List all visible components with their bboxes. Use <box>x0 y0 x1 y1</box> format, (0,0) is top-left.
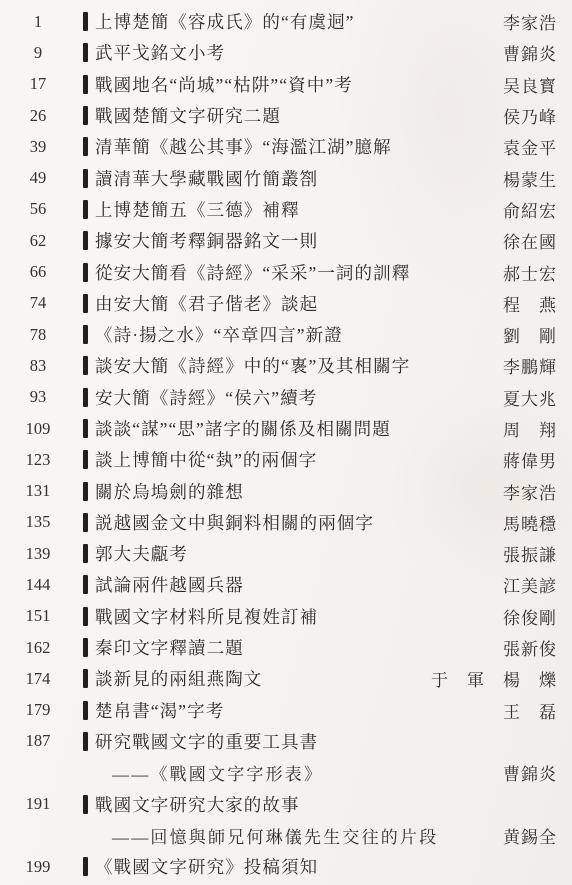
entry-title: 研究戰國文字的重要工具書 <box>95 729 318 754</box>
page-number: 139 <box>20 544 56 564</box>
toc-row: 17戰國地名“尚城”“枯阱”“資中”考吴良寳 <box>0 69 572 100</box>
entry-author: 劉 剛 <box>503 322 572 347</box>
toc-subtitle-row: ——回憶與師兄何琳儀先生交往的片段黄錫全 <box>0 820 572 851</box>
entry-author: 周 翔 <box>503 416 572 441</box>
entry-author: 江美諺 <box>503 572 572 597</box>
toc-row: 179楚帛書“渴”字考王 磊 <box>0 695 572 726</box>
page-number: 78 <box>20 325 56 345</box>
entry-title: 談新見的兩組燕陶文 <box>95 666 262 691</box>
entry-author: 吴良寳 <box>503 72 572 97</box>
page-number: 1 <box>20 12 56 32</box>
toc-row: 139郭大夫甗考張振謙 <box>0 538 572 569</box>
entry-title: 戰國文字研究大家的故事 <box>95 792 300 817</box>
entry-title: 戰國地名“尚城”“枯阱”“資中”考 <box>95 72 353 97</box>
page-number: 191 <box>20 794 56 814</box>
page-number: 179 <box>20 700 56 720</box>
entry-author: 于 軍 楊 爍 <box>431 666 572 691</box>
entry-marker <box>83 607 88 626</box>
entry-title: 讀清華大學藏戰國竹簡叢劄 <box>95 166 318 191</box>
page-number: 123 <box>20 450 56 470</box>
toc-row: 109談談“謀”“思”諸字的關係及相關問題周 翔 <box>0 413 572 444</box>
page-number: 56 <box>20 199 56 219</box>
entry-title: 秦印文字釋讀二題 <box>95 635 244 660</box>
entry-marker <box>83 732 88 751</box>
entry-author: 程 燕 <box>503 291 572 316</box>
toc-row: 135説越國金文中與銅料相關的兩個字馬曉穩 <box>0 507 572 538</box>
entry-title: 上博楚簡《容成氏》的“有虞迵” <box>95 9 355 34</box>
entry-title: 談談“謀”“思”諸字的關係及相關問題 <box>95 416 391 441</box>
entry-marker <box>83 75 88 94</box>
entry-marker <box>83 106 88 125</box>
entry-marker <box>83 575 88 594</box>
entry-title: 戰國文字材料所見複姓訂補 <box>95 604 318 629</box>
entry-title: 試論兩件越國兵器 <box>95 572 244 597</box>
entry-author: 李家浩 <box>503 9 572 34</box>
entry-title: 戰國楚簡文字研究二題 <box>95 103 281 128</box>
entry-title: 安大簡《詩經》“侯六”續考 <box>95 385 317 410</box>
toc-row: 1上博楚簡《容成氏》的“有虞迵”李家浩 <box>0 6 572 37</box>
page-number: 109 <box>20 419 56 439</box>
entry-marker <box>83 638 88 657</box>
entry-author: 俞紹宏 <box>503 197 572 222</box>
entry-marker <box>83 294 88 313</box>
toc-row: 144試論兩件越國兵器江美諺 <box>0 569 572 600</box>
toc-row: 9武平戈銘文小考曹錦炎 <box>0 37 572 68</box>
page-number: 62 <box>20 231 56 251</box>
entry-title: 楚帛書“渴”字考 <box>95 698 224 723</box>
entry-author: 袁金平 <box>503 134 572 159</box>
toc-row: 56上博楚簡五《三德》補釋俞紹宏 <box>0 194 572 225</box>
entry-author: 張振謙 <box>503 541 572 566</box>
toc-row: 174談新見的兩組燕陶文于 軍 楊 爍 <box>0 663 572 694</box>
entry-subtitle: ——回憶與師兄何琳儀先生交往的片段 <box>0 823 438 848</box>
toc-row: 123談上博簡中從“埶”的兩個字蔣偉男 <box>0 444 572 475</box>
entry-marker <box>83 482 88 501</box>
entry-marker <box>83 169 88 188</box>
toc-row: 26戰國楚簡文字研究二題侯乃峰 <box>0 100 572 131</box>
page-number: 199 <box>20 857 56 877</box>
entry-title: 説越國金文中與銅料相關的兩個字 <box>95 510 374 535</box>
entry-title: 《戰國文字研究》投稿須知 <box>95 854 318 879</box>
toc-row: 39清華簡《越公其事》“海濫江湖”臆解袁金平 <box>0 131 572 162</box>
toc-row: 187研究戰國文字的重要工具書 <box>0 726 572 757</box>
entry-marker <box>83 263 88 282</box>
entry-author: 李鵬輝 <box>503 353 572 378</box>
toc-row: 66從安大簡看《詩經》“采采”一詞的訓釋郝士宏 <box>0 256 572 287</box>
entry-marker <box>83 356 88 375</box>
page-number: 74 <box>20 293 56 313</box>
entry-author: 曹錦炎 <box>503 760 572 785</box>
toc-list: 1上博楚簡《容成氏》的“有虞迵”李家浩9武平戈銘文小考曹錦炎17戰國地名“尚城”… <box>0 6 572 882</box>
toc-row: 131關於烏塢劍的雜想李家浩 <box>0 475 572 506</box>
entry-author: 侯乃峰 <box>503 103 572 128</box>
entry-author: 黄錫全 <box>503 823 572 848</box>
page-number: 26 <box>20 106 56 126</box>
entry-title: 《詩·揚之水》“卒章四言”新證 <box>95 322 343 347</box>
entry-author: 楊蒙生 <box>503 166 572 191</box>
toc-row: 74由安大簡《君子偕老》談起程 燕 <box>0 288 572 319</box>
toc-row: 78《詩·揚之水》“卒章四言”新證劉 剛 <box>0 319 572 350</box>
entry-author: 徐在國 <box>503 228 572 253</box>
entry-marker <box>83 701 88 720</box>
page-number: 151 <box>20 606 56 626</box>
entry-author: 曹錦炎 <box>503 40 572 65</box>
toc-row: 62據安大簡考釋銅器銘文一則徐在國 <box>0 225 572 256</box>
entry-marker <box>83 669 88 688</box>
entry-marker <box>83 12 88 31</box>
entry-author: 張新俊 <box>503 635 572 660</box>
entry-author: 李家浩 <box>503 479 572 504</box>
entry-title: 據安大簡考釋銅器銘文一則 <box>95 228 318 253</box>
page-number: 9 <box>20 43 56 63</box>
page-number: 39 <box>20 137 56 157</box>
entry-author: 蔣偉男 <box>503 447 572 472</box>
entry-title: 清華簡《越公其事》“海濫江湖”臆解 <box>95 134 392 159</box>
toc-row: 49讀清華大學藏戰國竹簡叢劄楊蒙生 <box>0 162 572 193</box>
entry-marker <box>83 419 88 438</box>
entry-title: 關於烏塢劍的雜想 <box>95 479 244 504</box>
page-number: 187 <box>20 731 56 751</box>
entry-marker <box>83 513 88 532</box>
entry-author: 徐俊剛 <box>503 604 572 629</box>
entry-title: 談安大簡《詩經》中的“褢”及其相關字 <box>95 353 410 378</box>
entry-author: 馬曉穩 <box>503 510 572 535</box>
entry-marker <box>83 795 88 814</box>
entry-author: 王 磊 <box>503 698 572 723</box>
page-number: 93 <box>20 387 56 407</box>
entry-marker <box>83 43 88 62</box>
entry-marker <box>83 388 88 407</box>
entry-author: 郝士宏 <box>503 260 572 285</box>
entry-marker <box>83 857 88 876</box>
entry-title: 談上博簡中從“埶”的兩個字 <box>95 447 317 472</box>
entry-title: 郭大夫甗考 <box>95 541 188 566</box>
toc-row: 93安大簡《詩經》“侯六”續考夏大兆 <box>0 382 572 413</box>
entry-marker <box>83 200 88 219</box>
toc-row: 199《戰國文字研究》投稿須知 <box>0 851 572 882</box>
entry-title: 武平戈銘文小考 <box>95 40 225 65</box>
page-number: 135 <box>20 512 56 532</box>
page-number: 66 <box>20 262 56 282</box>
entry-title: 從安大簡看《詩經》“采采”一詞的訓釋 <box>95 260 410 285</box>
entry-marker <box>83 544 88 563</box>
toc-row: 191戰國文字研究大家的故事 <box>0 788 572 819</box>
toc-page: 1上博楚簡《容成氏》的“有虞迵”李家浩9武平戈銘文小考曹錦炎17戰國地名“尚城”… <box>0 0 572 885</box>
page-number: 17 <box>20 74 56 94</box>
entry-subtitle: ——《戰國文字字形表》 <box>0 760 323 785</box>
toc-row: 162秦印文字釋讀二題張新俊 <box>0 632 572 663</box>
entry-marker <box>83 231 88 250</box>
entry-marker <box>83 325 88 344</box>
page-number: 83 <box>20 356 56 376</box>
entry-author: 夏大兆 <box>503 385 572 410</box>
page-number: 144 <box>20 575 56 595</box>
toc-subtitle-row: ——《戰國文字字形表》曹錦炎 <box>0 757 572 788</box>
entry-marker <box>83 137 88 156</box>
page-number: 131 <box>20 481 56 501</box>
entry-title: 由安大簡《君子偕老》談起 <box>95 291 318 316</box>
page-number: 174 <box>20 669 56 689</box>
entry-marker <box>83 450 88 469</box>
toc-row: 151戰國文字材料所見複姓訂補徐俊剛 <box>0 601 572 632</box>
page-number: 162 <box>20 638 56 658</box>
entry-title: 上博楚簡五《三德》補釋 <box>95 197 300 222</box>
page-number: 49 <box>20 168 56 188</box>
toc-row: 83談安大簡《詩經》中的“褢”及其相關字李鵬輝 <box>0 350 572 381</box>
